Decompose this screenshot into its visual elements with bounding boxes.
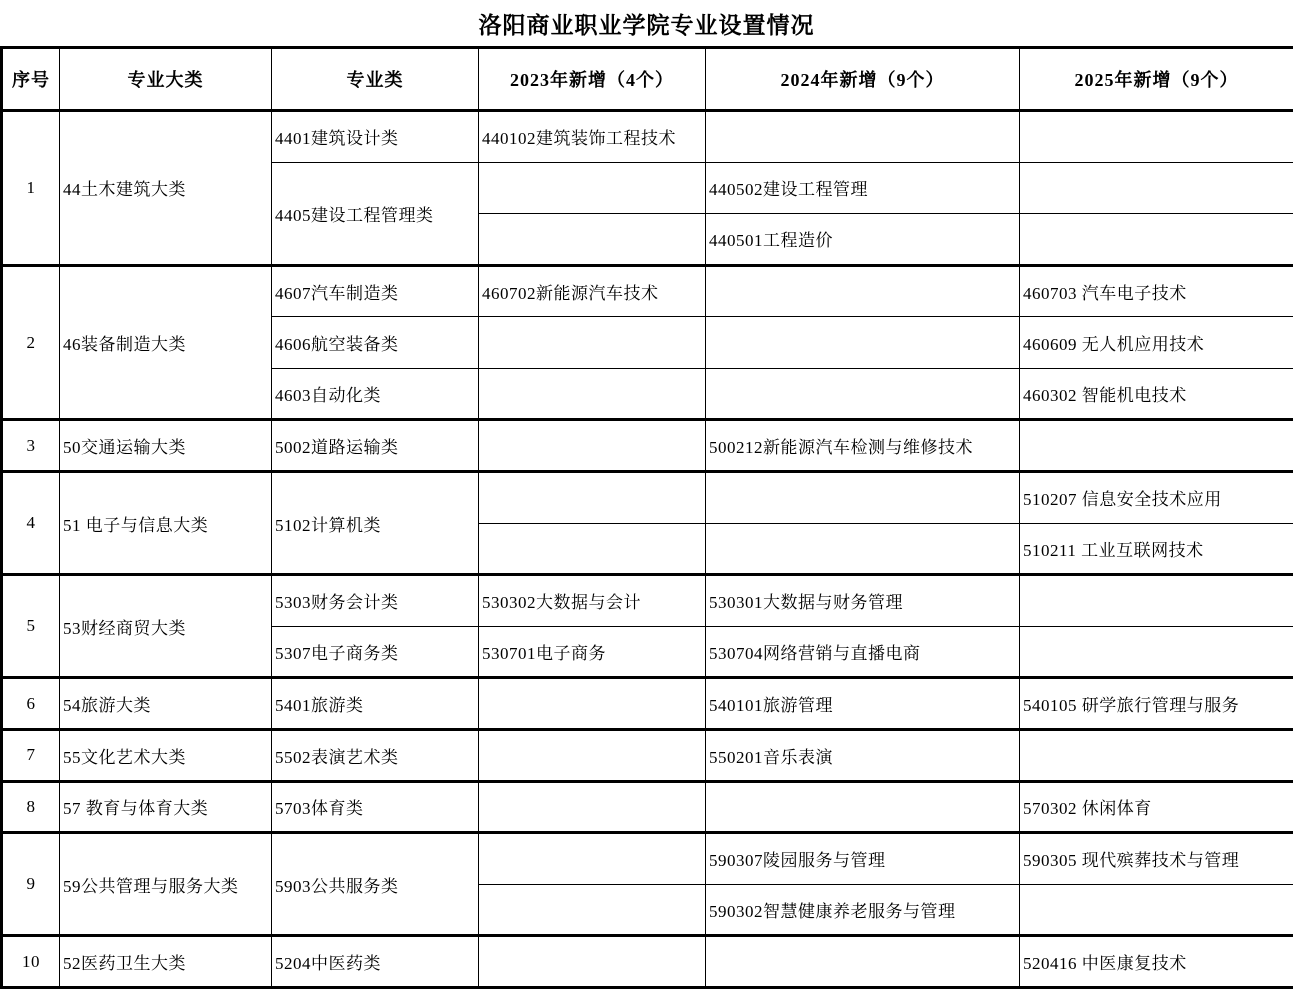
y2023-cell bbox=[479, 420, 706, 472]
y2023-cell bbox=[479, 162, 706, 214]
class-cell: 5903公共服务类 bbox=[272, 833, 479, 936]
page-title: 洛阳商业职业学院专业设置情况 bbox=[479, 7, 815, 40]
table-row: 9 59公共管理与服务大类 5903公共服务类 590307陵园服务与管理 59… bbox=[2, 833, 1293, 885]
col-header-2024: 2024年新增（9个） bbox=[706, 48, 1020, 111]
y2023-cell: 530701电子商务 bbox=[479, 626, 706, 678]
class-cell: 5204中医药类 bbox=[272, 936, 479, 988]
y2023-cell bbox=[479, 214, 706, 266]
y2025-cell bbox=[1020, 729, 1293, 781]
y2024-cell: 590302智慧健康养老服务与管理 bbox=[706, 884, 1020, 936]
class-cell: 5307电子商务类 bbox=[272, 626, 479, 678]
y2024-cell bbox=[706, 317, 1020, 369]
sn-cell: 10 bbox=[2, 936, 60, 988]
y2024-cell: 500212新能源汽车检测与维修技术 bbox=[706, 420, 1020, 472]
col-header-2023: 2023年新增（4个） bbox=[479, 48, 706, 111]
sn-cell: 3 bbox=[2, 420, 60, 472]
table-header-row: 序号 专业大类 专业类 2023年新增（4个） 2024年新增（9个） 2025… bbox=[2, 48, 1293, 111]
y2025-cell: 590305 现代殡葬技术与管理 bbox=[1020, 833, 1293, 885]
y2025-cell bbox=[1020, 884, 1293, 936]
table-row: 4 51 电子与信息大类 5102计算机类 510207 信息安全技术应用 bbox=[2, 472, 1293, 524]
class-cell: 4401建筑设计类 bbox=[272, 111, 479, 163]
table-row: 6 54旅游大类 5401旅游类 540101旅游管理 540105 研学旅行管… bbox=[2, 678, 1293, 730]
y2025-cell: 510207 信息安全技术应用 bbox=[1020, 472, 1293, 524]
major-category-cell: 50交通运输大类 bbox=[60, 420, 272, 472]
class-cell: 5502表演艺术类 bbox=[272, 729, 479, 781]
y2024-cell: 530301大数据与财务管理 bbox=[706, 575, 1020, 627]
major-category-cell: 55文化艺术大类 bbox=[60, 729, 272, 781]
class-cell: 5401旅游类 bbox=[272, 678, 479, 730]
col-header-2025: 2025年新增（9个） bbox=[1020, 48, 1293, 111]
table-row: 2 46装备制造大类 4607汽车制造类 460702新能源汽车技术 46070… bbox=[2, 265, 1293, 317]
y2025-cell bbox=[1020, 162, 1293, 214]
y2023-cell bbox=[479, 781, 706, 833]
col-header-sn: 序号 bbox=[2, 48, 60, 111]
class-cell: 4607汽车制造类 bbox=[272, 265, 479, 317]
class-cell: 5102计算机类 bbox=[272, 472, 479, 575]
y2024-cell bbox=[706, 368, 1020, 420]
sn-cell: 8 bbox=[2, 781, 60, 833]
y2024-cell: 440501工程造价 bbox=[706, 214, 1020, 266]
y2024-cell: 550201音乐表演 bbox=[706, 729, 1020, 781]
sn-cell: 6 bbox=[2, 678, 60, 730]
sn-cell: 2 bbox=[2, 265, 60, 420]
sn-cell: 9 bbox=[2, 833, 60, 936]
y2025-cell: 540105 研学旅行管理与服务 bbox=[1020, 678, 1293, 730]
y2023-cell: 460702新能源汽车技术 bbox=[479, 265, 706, 317]
major-category-cell: 54旅游大类 bbox=[60, 678, 272, 730]
table-row: 3 50交通运输大类 5002道路运输类 500212新能源汽车检测与维修技术 bbox=[2, 420, 1293, 472]
major-category-cell: 51 电子与信息大类 bbox=[60, 472, 272, 575]
y2025-cell bbox=[1020, 111, 1293, 163]
major-category-cell: 57 教育与体育大类 bbox=[60, 781, 272, 833]
y2024-cell: 530704网络营销与直播电商 bbox=[706, 626, 1020, 678]
y2025-cell: 510211 工业互联网技术 bbox=[1020, 523, 1293, 575]
table-row: 10 52医药卫生大类 5204中医药类 520416 中医康复技术 bbox=[2, 936, 1293, 988]
y2024-cell: 540101旅游管理 bbox=[706, 678, 1020, 730]
y2025-cell: 460703 汽车电子技术 bbox=[1020, 265, 1293, 317]
y2025-cell: 460302 智能机电技术 bbox=[1020, 368, 1293, 420]
table-row: 7 55文化艺术大类 5502表演艺术类 550201音乐表演 bbox=[2, 729, 1293, 781]
y2024-cell bbox=[706, 111, 1020, 163]
y2024-cell bbox=[706, 936, 1020, 988]
y2023-cell bbox=[479, 884, 706, 936]
table-row: 8 57 教育与体育大类 5703体育类 570302 休闲体育 bbox=[2, 781, 1293, 833]
major-category-cell: 59公共管理与服务大类 bbox=[60, 833, 272, 936]
y2023-cell bbox=[479, 936, 706, 988]
y2023-cell bbox=[479, 678, 706, 730]
sn-cell: 4 bbox=[2, 472, 60, 575]
majors-table: 序号 专业大类 专业类 2023年新增（4个） 2024年新增（9个） 2025… bbox=[0, 46, 1293, 989]
y2024-cell: 590307陵园服务与管理 bbox=[706, 833, 1020, 885]
y2024-cell bbox=[706, 472, 1020, 524]
y2025-cell: 570302 休闲体育 bbox=[1020, 781, 1293, 833]
document-page: 洛阳商业职业学院专业设置情况 序号 专业大类 专业类 2023年新增（4个） 2… bbox=[0, 0, 1293, 989]
y2024-cell bbox=[706, 523, 1020, 575]
y2024-cell: 440502建设工程管理 bbox=[706, 162, 1020, 214]
class-cell: 4405建设工程管理类 bbox=[272, 162, 479, 265]
y2024-cell bbox=[706, 781, 1020, 833]
col-header-major-category: 专业大类 bbox=[60, 48, 272, 111]
class-cell: 4603自动化类 bbox=[272, 368, 479, 420]
class-cell: 5002道路运输类 bbox=[272, 420, 479, 472]
class-cell: 4606航空装备类 bbox=[272, 317, 479, 369]
y2025-cell bbox=[1020, 626, 1293, 678]
y2025-cell bbox=[1020, 420, 1293, 472]
major-category-cell: 53财经商贸大类 bbox=[60, 575, 272, 678]
table-row: 5 53财经商贸大类 5303财务会计类 530302大数据与会计 530301… bbox=[2, 575, 1293, 627]
table-row: 1 44土木建筑大类 4401建筑设计类 440102建筑装饰工程技术 bbox=[2, 111, 1293, 163]
y2024-cell bbox=[706, 265, 1020, 317]
title-bar: 洛阳商业职业学院专业设置情况 bbox=[0, 0, 1293, 46]
major-category-cell: 52医药卫生大类 bbox=[60, 936, 272, 988]
y2025-cell bbox=[1020, 575, 1293, 627]
y2023-cell bbox=[479, 833, 706, 885]
y2025-cell: 520416 中医康复技术 bbox=[1020, 936, 1293, 988]
class-cell: 5703体育类 bbox=[272, 781, 479, 833]
class-cell: 5303财务会计类 bbox=[272, 575, 479, 627]
y2023-cell: 530302大数据与会计 bbox=[479, 575, 706, 627]
y2023-cell bbox=[479, 472, 706, 524]
y2025-cell bbox=[1020, 214, 1293, 266]
sn-cell: 7 bbox=[2, 729, 60, 781]
y2023-cell: 440102建筑装饰工程技术 bbox=[479, 111, 706, 163]
col-header-class: 专业类 bbox=[272, 48, 479, 111]
sn-cell: 1 bbox=[2, 111, 60, 266]
y2025-cell: 460609 无人机应用技术 bbox=[1020, 317, 1293, 369]
y2023-cell bbox=[479, 317, 706, 369]
sn-cell: 5 bbox=[2, 575, 60, 678]
y2023-cell bbox=[479, 368, 706, 420]
y2023-cell bbox=[479, 523, 706, 575]
y2023-cell bbox=[479, 729, 706, 781]
major-category-cell: 46装备制造大类 bbox=[60, 265, 272, 420]
major-category-cell: 44土木建筑大类 bbox=[60, 111, 272, 266]
